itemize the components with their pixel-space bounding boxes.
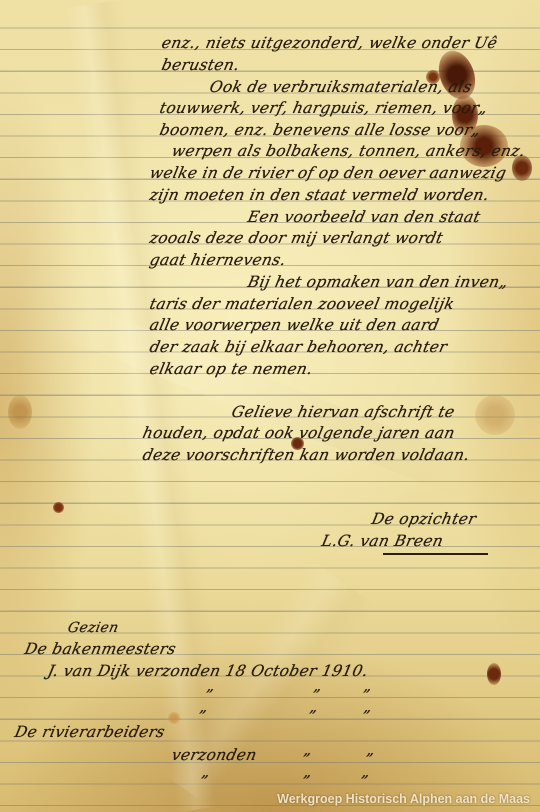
text-line: Ook de verbruiksmaterialen, als [208, 78, 474, 96]
text-line: Gelieve hiervan afschrift te [230, 403, 456, 421]
note-line: J. van Dijk verzonden 18 October 1910. [46, 662, 370, 680]
text-line: berusten. [160, 56, 241, 74]
text-line: Bij het opmaken van den inven„ [246, 273, 510, 291]
text-line: gaat hiernevens. [148, 251, 288, 269]
text-line: werpen als bolbakens, tonnen, ankers, en… [170, 142, 527, 160]
signature-title: De opzichter [370, 510, 478, 528]
text-line: deze voorschriften kan worden voldaan. [141, 446, 471, 464]
note-line: verzonden [170, 746, 258, 764]
text-line: houden, opdat ook volgende jaren aan [141, 424, 457, 442]
letter-page: enz., niets uitgezonderd, welke onder Uê… [0, 0, 540, 812]
text-line: zooals deze door mij verlangt wordt [148, 229, 445, 247]
text-line: elkaar op te nemen. [148, 360, 314, 378]
watermark: Werkgroep Historisch Alphen aan de Maas [277, 792, 530, 806]
text-line: boomen, enz. benevens alle losse voor„ [158, 121, 482, 139]
text-line: alle voorwerpen welke uit den aard [148, 316, 441, 334]
seen-note: Gezien [66, 620, 120, 636]
text-line: touwwerk, verf, hargpuis, riemen, voor„ [158, 99, 489, 117]
text-line: welke in de rivier of op den oever aanwe… [148, 164, 508, 182]
signature-name: L.G. van Breen [320, 532, 445, 550]
note-line: De rivierarbeiders [13, 723, 167, 741]
text-line: taris der materialen zooveel mogelijk [148, 295, 456, 313]
text-line: der zaak bij elkaar behooren, achter [148, 338, 449, 356]
note-line: De bakenmeesters [23, 640, 178, 658]
signature-underline [383, 553, 488, 555]
text-line: zijn moeten in den staat vermeld worden. [148, 186, 491, 204]
text-line: Een voorbeeld van den staat [246, 208, 482, 226]
text-line: enz., niets uitgezonderd, welke onder Uê [160, 34, 499, 52]
